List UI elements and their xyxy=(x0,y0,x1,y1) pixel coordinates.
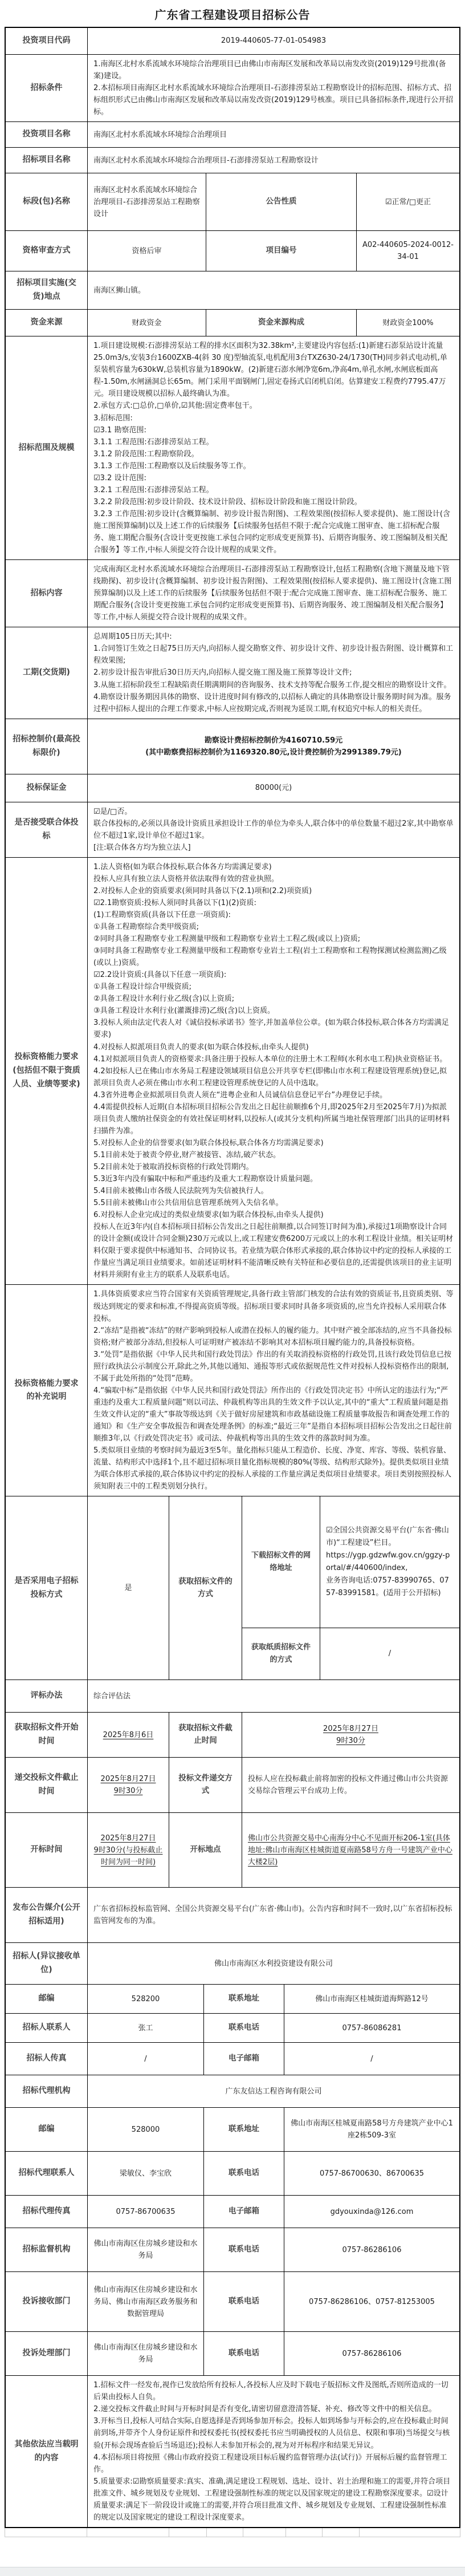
tenderer-email-value: / xyxy=(284,2043,459,2075)
doc-deadline-label: 获取招标文件截止时间 xyxy=(169,1713,242,1757)
section-name: 南海区北村水系流域水环境综合治理项目-石澎排涝泵站工程勘察设计 xyxy=(87,173,206,230)
funding-composition-label: 资金来源构成 xyxy=(206,310,356,336)
location-label: 招标项目实施(交货)地点 xyxy=(6,271,87,309)
tenderer-address-value: 佛山市南海区桂城街道海辉路12号 xyxy=(284,1985,459,2013)
location-value: 南海区狮山镇。 xyxy=(87,271,459,309)
agency-phone-label: 联系电话 xyxy=(203,2152,284,2195)
row-qualification-requirements: 投标资格能力要求(包括但不限于资质人员、业绩等要求) 1.法人资格(如为联合体投… xyxy=(6,858,459,1285)
row-supervision: 招标监督机构 佛山市南海区住房城乡建设和水务局 联系电话 0757-862861… xyxy=(6,2228,459,2272)
other-content-text: 1.招标文件一经发布,视作已发放给所有投标人,各投标人应及时下载电子版招标文件及… xyxy=(87,2376,459,2527)
tenderer-postcode-value: 528200 xyxy=(87,1985,203,2013)
row-doc-time: 获取招标文件开始时间 2025年8月6日 获取招标文件截止时间 2025年8月2… xyxy=(6,1713,459,1758)
row-tenderer-postcode: 邮编 528200 联系地址 佛山市南海区桂城街道海辉路12号 xyxy=(6,1985,459,2014)
doc-start-value: 2025年8月6日 xyxy=(87,1713,169,1757)
tenderer-fax-label: 招标人传真 xyxy=(6,2043,87,2075)
row-tenderer: 招标人(异议接收单位) 佛山市南海区水利投资建设有限公司 xyxy=(6,1943,459,1985)
empty-grid-cell xyxy=(207,2528,243,2537)
row-submit-deadline: 递交投标文件截止时间 2025年8月27日 9时30分 投标文件递交方式 投标人… xyxy=(6,1758,459,1813)
page-bottom-strip xyxy=(0,2567,465,2576)
invest-code-value: 2019-440605-77-01-054983 xyxy=(87,28,459,54)
download-subrow: 下载招标文件的网络地址 ☑全国公共资源交易平台(广东省·佛山市)“工程建设”栏目… xyxy=(242,1496,459,1628)
page-title: 广东省工程建设项目招标公告 xyxy=(5,6,460,22)
row-tender-content: 招标内容 完成南海区北村水系流域水环境综合治理项目-石澎排涝泵站工程勘察设计,包… xyxy=(6,560,459,627)
agency-email-value: gdyouxinda@126.com xyxy=(284,2196,459,2228)
consortium-text: ☑是/□否。 联合体投标的,必须以具备设计资质且承担设计工作的单位为牵头人,联合… xyxy=(87,802,459,857)
supervision-value: 佛山市南海区住房城乡建设和水务局 xyxy=(87,2228,203,2271)
row-agency-fax: 招标代理传真 0757-86700635 电子邮箱 gdyouxinda@126… xyxy=(6,2196,459,2228)
row-agency: 招标代理机构 广东友信达工程咨询有限公司 xyxy=(6,2075,459,2108)
row-invest-name: 投资项目名称 南海区北村水系流域水环境综合治理项目 xyxy=(6,122,459,148)
row-location: 招标项目实施(交货)地点 南海区狮山镇。 xyxy=(6,271,459,310)
tender-content-text: 完成南海区北村水系流域水环境综合治理项目-石澎排涝泵站工程勘察设计,包括工程勘察… xyxy=(87,560,459,627)
scope-label: 招标范围及规模 xyxy=(6,336,87,559)
supervision-label: 招标监督机构 xyxy=(6,2228,87,2271)
conditions-label: 招标条件 xyxy=(6,55,87,121)
doc-start-label: 获取招标文件开始时间 xyxy=(6,1713,87,1757)
e-bidding-label: 是否采用电子招标投标方式 xyxy=(6,1496,87,1680)
row-bid-bond: 投标保证金 80000(元) xyxy=(6,774,459,802)
download-url-value: ☑全国公共资源交易平台(广东省·佛山市)“工程建设”栏目。 https://yg… xyxy=(320,1496,459,1628)
complaint-receiving-label: 投诉接收部门 xyxy=(6,2272,87,2331)
doc-method-cell: 下载招标文件的网络地址 ☑全国公共资源交易平台(广东省·佛山市)“工程建设”栏目… xyxy=(242,1496,459,1680)
row-media: 发布公告媒介(公开招标适用) 广东省招标投标监管网、全国公共资源交易平台(广东省… xyxy=(6,1888,459,1943)
row-tenderer-fax: 招标人传真 / 电子邮箱 / xyxy=(6,2043,459,2075)
empty-grid-cell xyxy=(87,2528,169,2537)
project-no-label: 项目编号 xyxy=(206,231,356,271)
agency-phone-value: 0757-86700630、86700635 xyxy=(284,2152,459,2195)
row-complaint-handling: 投诉处理部门 佛山市南海区住房城乡建设和水务局 联系电话 0757-862861… xyxy=(6,2332,459,2376)
invest-name-label: 投资项目名称 xyxy=(6,122,87,147)
agency-email-label: 电子邮箱 xyxy=(203,2196,284,2228)
tenderer-contact-label: 招标人联系人 xyxy=(6,2014,87,2042)
row-evaluation: 评标办法 综合评估法 xyxy=(6,1680,459,1713)
tenderer-value: 佛山市南海区水利投资建设有限公司 xyxy=(87,1943,459,1984)
bid-bond-label: 投标保证金 xyxy=(6,774,87,802)
row-scope: 招标范围及规模 1.项目建设规模:石澎排涝泵站工程的排水区面积为32.38km²… xyxy=(6,336,459,560)
row-duration: 工期(交货期) 总周期105日历天;其中: 1.合同签订生效之日起75日历天内,… xyxy=(6,627,459,719)
qual-review-label: 资格审查方式 xyxy=(6,231,87,271)
row-conditions: 招标条件 1.南海区北村水系流域水环境综合治理项目已由佛山市南海区发展和改革局以… xyxy=(6,55,459,122)
empty-grid-cell xyxy=(5,2528,87,2537)
row-opening: 开标时间 2025年8月27日 9时30分(与投标截止时间为同一时间) 开标地点… xyxy=(6,1813,459,1888)
paper-subrow: 获取纸质招标文件的方式 / xyxy=(242,1628,459,1680)
row-e-bidding: 是否采用电子招标投标方式 是 获取招标文件的方式 下载招标文件的网络地址 ☑全国… xyxy=(6,1496,459,1680)
tender-content-label: 招标内容 xyxy=(6,560,87,627)
submit-method-value: 投标人应在投标截止前将加密的投标文件通过佛山市公共资源交易综合管理云平台成功上传… xyxy=(242,1758,459,1812)
row-qualification-review: 资格审查方式 资格后审 项目编号 A02-440605-2024-0012-34… xyxy=(6,231,459,271)
scope-text: 1.项目建设规模:石澎排涝泵站工程的排水区面积为32.38km²,主要建设内容包… xyxy=(87,336,459,559)
opening-time-label: 开标时间 xyxy=(6,1813,87,1887)
duration-text: 总周期105日历天;其中: 1.合同签订生效之日起75日历天内,向招标人提交勘察… xyxy=(87,627,459,718)
complaint-receiving-value: 佛山市南海区住房城乡建设和水务局、佛山市南海区政务服务和数据管理局 xyxy=(87,2272,203,2331)
bid-bond-value: 80000(元) xyxy=(87,774,459,802)
row-other-content: 其他依法应当载明的内容 1.招标文件一经发布,视作已发放给所有投标人,各投标人应… xyxy=(6,2376,459,2527)
agency-label: 招标代理机构 xyxy=(6,2075,87,2107)
duration-label: 工期(交货期) xyxy=(6,627,87,718)
row-agency-postcode: 邮编 528000 联系地址 佛山市南海区桂城夏南路58号方舟建筑产业中心1座2… xyxy=(6,2108,459,2152)
tender-name-value: 南海区北村水系流域水环境综合治理项目-石澎排涝泵站工程勘察设计 xyxy=(87,148,459,173)
tenderer-email-label: 电子邮箱 xyxy=(203,2043,284,2075)
row-agency-contact: 招标代理联系人 梁敏仪、李宝欣 联系电话 0757-86700630、86700… xyxy=(6,2152,459,2196)
row-funding: 资金来源 财政资金 资金来源构成 财政资金100% xyxy=(6,310,459,336)
media-value: 广东省招标投标监管网、全国公共资源交易平台(广东省·佛山市)。公告内容和时间不一… xyxy=(87,1888,459,1942)
tenderer-postcode-label: 邮编 xyxy=(6,1985,87,2013)
control-price-value: 勘察设计费招标控制价为4160710.59元 (其中勘察费招标控制价为11693… xyxy=(87,719,459,774)
notice-nature-value: ☑正常/□更正 xyxy=(356,173,459,230)
paper-doc-label: 获取纸质招标文件的方式 xyxy=(242,1628,320,1680)
row-qualification-notes: 投标资格能力要求的补充说明 1.具体资质要求应当符合国家有关资质管理规定,具备行… xyxy=(6,1285,459,1496)
tenderer-contact-value: 张工 xyxy=(87,2014,203,2042)
paper-doc-value: / xyxy=(320,1628,459,1680)
tenderer-phone-value: 0757-86086281 xyxy=(284,2014,459,2042)
project-no-value: A02-440605-2024-0012-34-01 xyxy=(356,231,459,271)
empty-grid-cell xyxy=(360,2528,460,2537)
tenderer-phone-label: 联系电话 xyxy=(203,2014,284,2042)
funding-composition-value: 财政资金100% xyxy=(356,310,459,336)
row-tender-name: 招标项目名称 南海区北村水系流域水环境综合治理项目-石澎排涝泵站工程勘察设计 xyxy=(6,148,459,173)
complaint-handling-label: 投诉处理部门 xyxy=(6,2332,87,2375)
opening-place-label: 开标地点 xyxy=(169,1813,242,1887)
agency-fax-value: 0757-86700635 xyxy=(87,2196,203,2228)
invest-code-label: 投资项目代码 xyxy=(6,28,87,54)
tenderer-address-label: 联系地址 xyxy=(203,1985,284,2013)
funding-value: 财政资金 xyxy=(87,310,206,336)
agency-address-value: 佛山市南海区桂城夏南路58号方舟建筑产业中心1座2栋509-3室 xyxy=(284,2108,459,2151)
qual-review-value: 资格后审 xyxy=(87,231,206,271)
other-content-label: 其他依法应当载明的内容 xyxy=(6,2376,87,2527)
agency-postcode-value: 528000 xyxy=(87,2108,203,2151)
control-price-label: 招标控制价(最高投标限价) xyxy=(6,719,87,774)
notice-nature-label: 公告性质 xyxy=(206,173,356,230)
row-consortium: 是否接受联合体投标 ☑是/□否。 联合体投标的,必须以具备设计资质且承担设计工作… xyxy=(6,802,459,858)
opening-time-value: 2025年8月27日 9时30分(与投标截止时间为同一时间) xyxy=(87,1813,169,1887)
agency-postcode-label: 邮编 xyxy=(6,2108,87,2151)
doc-deadline-value: 2025年8月27日 9时30分 xyxy=(242,1713,459,1757)
qualification-notes-label: 投标资格能力要求的补充说明 xyxy=(6,1285,87,1496)
row-invest-code: 投资项目代码 2019-440605-77-01-054983 xyxy=(6,28,459,55)
complaint-receiving-phone-value: 0757-86286106、0757-81253005 xyxy=(284,2272,459,2331)
submit-method-label: 投标文件递交方式 xyxy=(169,1758,242,1812)
download-url-label: 下载招标文件的网络地址 xyxy=(242,1496,320,1628)
agency-contact-label: 招标代理联系人 xyxy=(6,2152,87,2195)
agency-contact-value: 梁敏仪、李宝欣 xyxy=(87,2152,203,2195)
doc-method-label: 获取招标文件的方式 xyxy=(169,1496,242,1680)
empty-grid-cell xyxy=(243,2528,286,2537)
empty-grid-cell xyxy=(323,2528,360,2537)
supervision-phone-label: 联系电话 xyxy=(203,2228,284,2271)
row-tenderer-contact: 招标人联系人 张工 联系电话 0757-86086281 xyxy=(6,2014,459,2043)
funding-label: 资金来源 xyxy=(6,310,87,336)
empty-grid-row xyxy=(5,2528,460,2537)
submit-deadline-label: 递交投标文件截止时间 xyxy=(6,1758,87,1812)
submit-deadline-value: 2025年8月27日 9时30分 xyxy=(87,1758,169,1812)
opening-place-value: 佛山市公共资源交易中心南海分中心不见面开标206-1室(具体地址:佛山市南海区桂… xyxy=(242,1813,459,1887)
complaint-handling-value: 佛山市南海区住房城乡建设和水务局 xyxy=(87,2332,203,2375)
conditions-text: 1.南海区北村水系流域水环境综合治理项目已由佛山市南海区发展和改革局以南发改资(… xyxy=(87,55,459,121)
complaint-receiving-phone-label: 联系电话 xyxy=(203,2272,284,2331)
complaint-handling-phone-label: 联系电话 xyxy=(203,2332,284,2375)
supervision-phone-value: 0757-86286106 xyxy=(284,2228,459,2271)
section-label: 标段(包)名称 xyxy=(6,173,87,230)
agency-value: 广东友信达工程咨询有限公司 xyxy=(87,2075,459,2107)
row-complaint-receiving: 投诉接收部门 佛山市南海区住房城乡建设和水务局、佛山市南海区政务服务和数据管理局… xyxy=(6,2272,459,2332)
tender-announcement-page: 广东省工程建设项目招标公告 投资项目代码 2019-440605-77-01-0… xyxy=(0,6,465,2576)
e-bidding-value: 是 xyxy=(87,1496,169,1680)
qualification-label: 投标资格能力要求(包括但不限于资质人员、业绩等要求) xyxy=(6,858,87,1285)
empty-grid-cell xyxy=(286,2528,323,2537)
row-control-price: 招标控制价(最高投标限价) 勘察设计费招标控制价为4160710.59元 (其中… xyxy=(6,719,459,774)
qualification-text: 1.法人资格(如为联合体投标,联合体各方均需满足要求) 投标人应具有独立法人资格… xyxy=(87,858,459,1285)
tenderer-label: 招标人(异议接收单位) xyxy=(6,1943,87,1984)
tenderer-fax-value: / xyxy=(87,2043,203,2075)
agency-address-label: 联系地址 xyxy=(203,2108,284,2151)
empty-grid-cell xyxy=(169,2528,207,2537)
evaluation-label: 评标办法 xyxy=(6,1680,87,1712)
invest-name-value: 南海区北村水系流域水环境综合治理项目 xyxy=(87,122,459,147)
tender-name-label: 招标项目名称 xyxy=(6,148,87,173)
evaluation-value: 综合评估法 xyxy=(87,1680,459,1712)
complaint-handling-phone-value: 0757-86286106 xyxy=(284,2332,459,2375)
qualification-notes-text: 1.具体资质要求应当符合国家有关资质管理规定,具备行政主管部门核发的合法有效的资… xyxy=(87,1285,459,1496)
consortium-label: 是否接受联合体投标 xyxy=(6,802,87,857)
media-label: 发布公告媒介(公开招标适用) xyxy=(6,1888,87,1942)
agency-fax-label: 招标代理传真 xyxy=(6,2196,87,2228)
row-section-package: 标段(包)名称 南海区北村水系流域水环境综合治理项目-石澎排涝泵站工程勘察设计 … xyxy=(6,173,459,231)
announcement-table: 投资项目代码 2019-440605-77-01-054983 招标条件 1.南… xyxy=(5,27,460,2528)
